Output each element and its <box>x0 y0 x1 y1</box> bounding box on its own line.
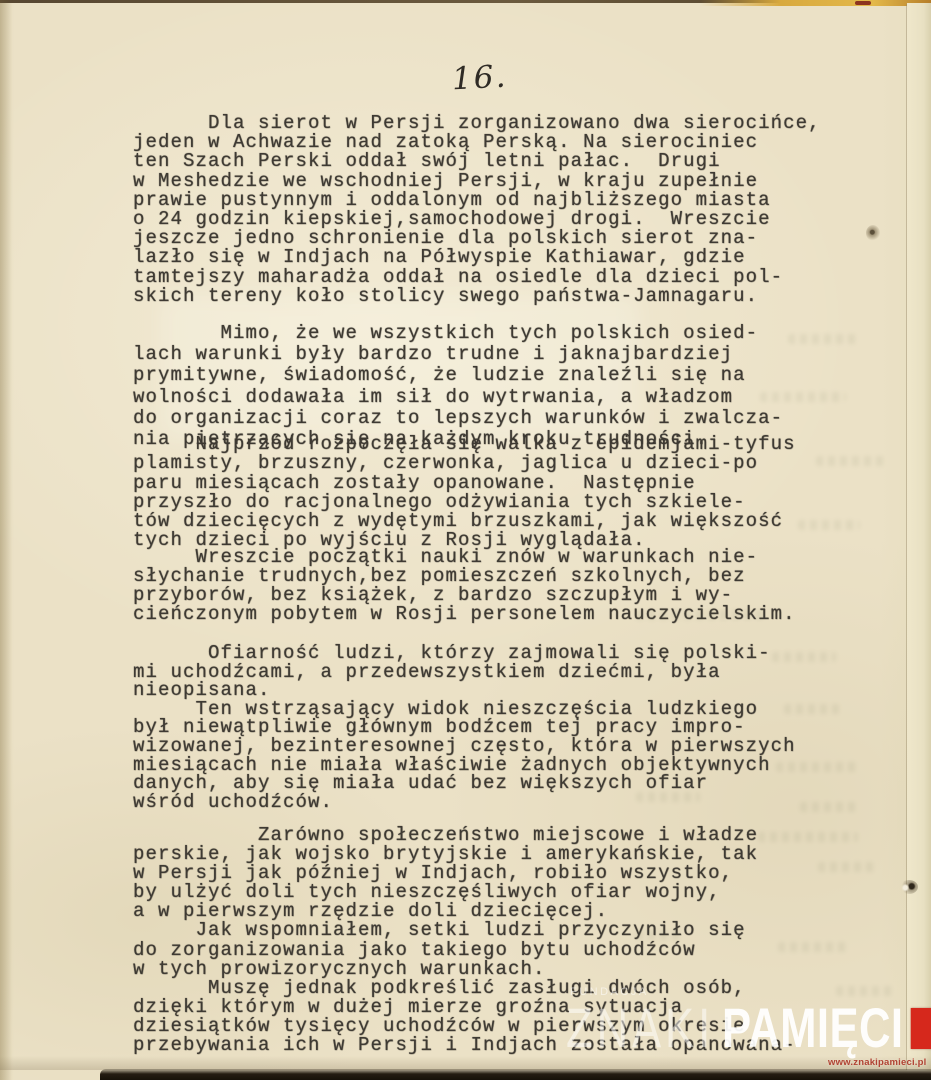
paragraph-orphanages: Dla sierot w Persji zorganizowano dwa si… <box>133 114 821 306</box>
page-number: 16. <box>451 59 508 98</box>
adjacent-page-red-speck <box>855 1 871 5</box>
bleedthrough-smudge <box>816 456 884 466</box>
bleedthrough-smudge <box>760 392 846 402</box>
bleedthrough-smudge <box>788 334 860 344</box>
watermark-brand: ZNAKIPAMIĘCI <box>566 1000 931 1056</box>
page-left-shadow <box>0 0 12 1080</box>
bleedthrough-smudge <box>800 802 858 812</box>
bleedthrough-smudge <box>836 986 892 996</box>
adjacent-page-gold-edge <box>700 0 931 6</box>
bleedthrough-smudge <box>776 762 860 772</box>
bleedthrough-smudge <box>636 792 700 802</box>
underlying-page-edge <box>907 3 931 1071</box>
watermark-pamieci-text: PAMIĘCI <box>722 996 904 1059</box>
watermark-znaki-text: ZNAKI <box>566 996 714 1059</box>
staple-hole-mark-top <box>866 225 880 241</box>
paragraph-dedication: Ofiarność ludzi, którzy zajmowali się po… <box>133 644 796 811</box>
paragraph-epidemics: Najprzód rozpoczęła się walka z epidemja… <box>133 435 796 551</box>
bleedthrough-smudge <box>818 862 878 872</box>
scan-bottom-edge <box>100 1069 931 1080</box>
bleedthrough-smudge <box>636 610 764 620</box>
bleedthrough-smudge <box>784 704 840 714</box>
paragraph-conditions: Mimo, że we wszystkich tych polskich osi… <box>133 323 783 450</box>
bleedthrough-smudge <box>636 930 682 940</box>
document-page: 16. Dla sierot w Persji zorganizowano dw… <box>0 0 931 1080</box>
watermark-url: www.znakipamieci.pl <box>828 1057 923 1068</box>
bleedthrough-smudge <box>778 942 848 952</box>
bleedthrough-smudge <box>772 652 836 662</box>
watermark-red-block <box>910 1008 931 1049</box>
bleedthrough-smudge <box>798 520 860 530</box>
bleedthrough-smudge <box>758 832 858 842</box>
staple-hole-mark-bottom <box>900 880 918 894</box>
